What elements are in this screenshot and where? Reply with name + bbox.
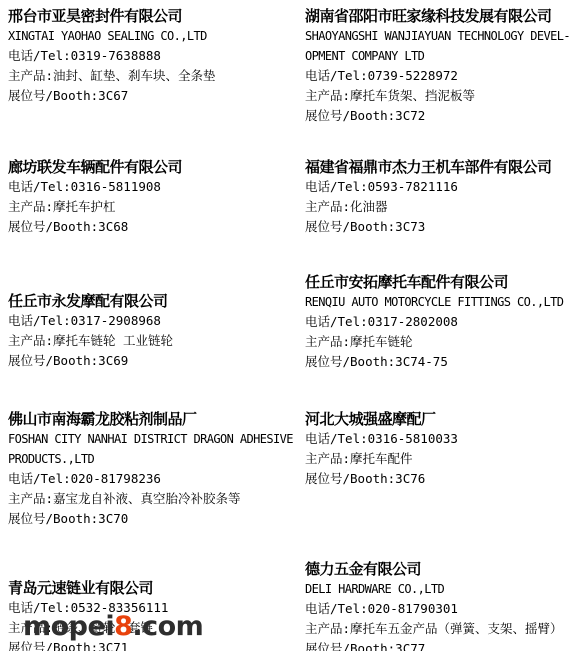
company-name-en: OPMENT COMPANY LTD (305, 46, 571, 66)
watermark-text-suffix: .com (132, 611, 203, 642)
products-line: 主产品:摩托车配件 (305, 449, 571, 469)
company-listing: 福建省福鼎市杰力王机车部件有限公司 电话/Tel:0593-7821116 主产… (305, 157, 571, 237)
company-name: 青岛元速链业有限公司 (8, 578, 300, 598)
phone-line: 电话/Tel:020-81798236 (8, 469, 300, 489)
company-listing: 任丘市永发摩配有限公司 电话/Tel:0317-2908968 主产品:摩托车链… (8, 291, 300, 371)
phone-line: 电话/Tel:0739-5228972 (305, 66, 571, 86)
phone-line: 电话/Tel:0316-5810033 (305, 429, 571, 449)
watermark-highlight-8: 8 (114, 611, 132, 642)
company-name-en: SHAOYANGSHI WANJIAYUAN TECHNOLOGY DEVEL- (305, 26, 571, 46)
booth-line: 展位号/Booth:3C70 (8, 509, 300, 529)
phone-line: 电话/Tel:0317-2908968 (8, 311, 300, 331)
phone-line: 电话/Tel:020-81790301 (305, 599, 571, 619)
company-name-en: XINGTAI YAOHAO SEALING CO.,LTD (8, 26, 300, 46)
company-name: 邢台市亚昊密封件有限公司 (8, 6, 300, 26)
company-name: 任丘市永发摩配有限公司 (8, 291, 300, 311)
booth-line: 展位号/Booth:3C68 (8, 217, 300, 237)
company-listing: 廊坊联发车辆配件有限公司 电话/Tel:0316-5811908 主产品:摩托车… (8, 157, 300, 237)
company-name-en: RENQIU AUTO MOTORCYCLE FITTINGS CO.,LTD (305, 292, 571, 312)
phone-line: 电话/Tel:0593-7821116 (305, 177, 571, 197)
phone-line: 电话/Tel:0319-7638888 (8, 46, 300, 66)
company-name: 任丘市安拓摩托车配件有限公司 (305, 272, 571, 292)
company-listing: 邢台市亚昊密封件有限公司 XINGTAI YAOHAO SEALING CO.,… (8, 6, 300, 106)
company-name-en: DELI HARDWARE CO.,LTD (305, 579, 571, 599)
company-name: 福建省福鼎市杰力王机车部件有限公司 (305, 157, 571, 177)
booth-line: 展位号/Booth:3C77 (305, 639, 571, 651)
products-line: 主产品:油封、缸垫、刹车块、全条垫 (8, 66, 300, 86)
company-listing: 任丘市安拓摩托车配件有限公司 RENQIU AUTO MOTORCYCLE FI… (305, 272, 571, 372)
booth-line: 展位号/Booth:3C74-75 (305, 352, 571, 372)
company-name: 德力五金有限公司 (305, 559, 571, 579)
company-name-en: PRODUCTS.,LTD (8, 449, 300, 469)
company-name: 湖南省邵阳市旺家缘科技发展有限公司 (305, 6, 571, 26)
products-line: 主产品:摩托车五金产品（弹簧、支架、摇臂） (305, 619, 571, 639)
exhibitor-directory-page: 邢台市亚昊密封件有限公司 XINGTAI YAOHAO SEALING CO.,… (0, 0, 573, 651)
products-line: 主产品:化油器 (305, 197, 571, 217)
phone-line: 电话/Tel:0317-2802008 (305, 312, 571, 332)
booth-line: 展位号/Booth:3C73 (305, 217, 571, 237)
products-line: 主产品:摩托车货架、挡泥板等 (305, 86, 571, 106)
watermark-text-prefix: mopei (23, 611, 114, 642)
company-listing: 湖南省邵阳市旺家缘科技发展有限公司 SHAOYANGSHI WANJIAYUAN… (305, 6, 571, 126)
booth-line: 展位号/Booth:3C72 (305, 106, 571, 126)
products-line: 主产品:摩托车链轮 工业链轮 (8, 331, 300, 351)
mopei8-watermark: mopei8.com (23, 611, 203, 642)
products-line: 主产品:摩托车护杠 (8, 197, 300, 217)
company-listing: 佛山市南海霸龙胶粘剂制品厂 FOSHAN CITY NANHAI DISTRIC… (8, 409, 300, 529)
company-name-en: FOSHAN CITY NANHAI DISTRICT DRAGON ADHES… (8, 429, 300, 449)
products-line: 主产品:嘉宝龙自补液、真空胎冷补胶条等 (8, 489, 300, 509)
company-name: 佛山市南海霸龙胶粘剂制品厂 (8, 409, 300, 429)
booth-line: 展位号/Booth:3C67 (8, 86, 300, 106)
booth-line: 展位号/Booth:3C69 (8, 351, 300, 371)
company-name: 廊坊联发车辆配件有限公司 (8, 157, 300, 177)
products-line: 主产品:摩托车链轮 (305, 332, 571, 352)
company-listing: 德力五金有限公司 DELI HARDWARE CO.,LTD 电话/Tel:02… (305, 559, 571, 651)
company-name: 河北大城强盛摩配厂 (305, 409, 571, 429)
booth-line: 展位号/Booth:3C76 (305, 469, 571, 489)
phone-line: 电话/Tel:0316-5811908 (8, 177, 300, 197)
company-listing: 河北大城强盛摩配厂 电话/Tel:0316-5810033 主产品:摩托车配件 … (305, 409, 571, 489)
